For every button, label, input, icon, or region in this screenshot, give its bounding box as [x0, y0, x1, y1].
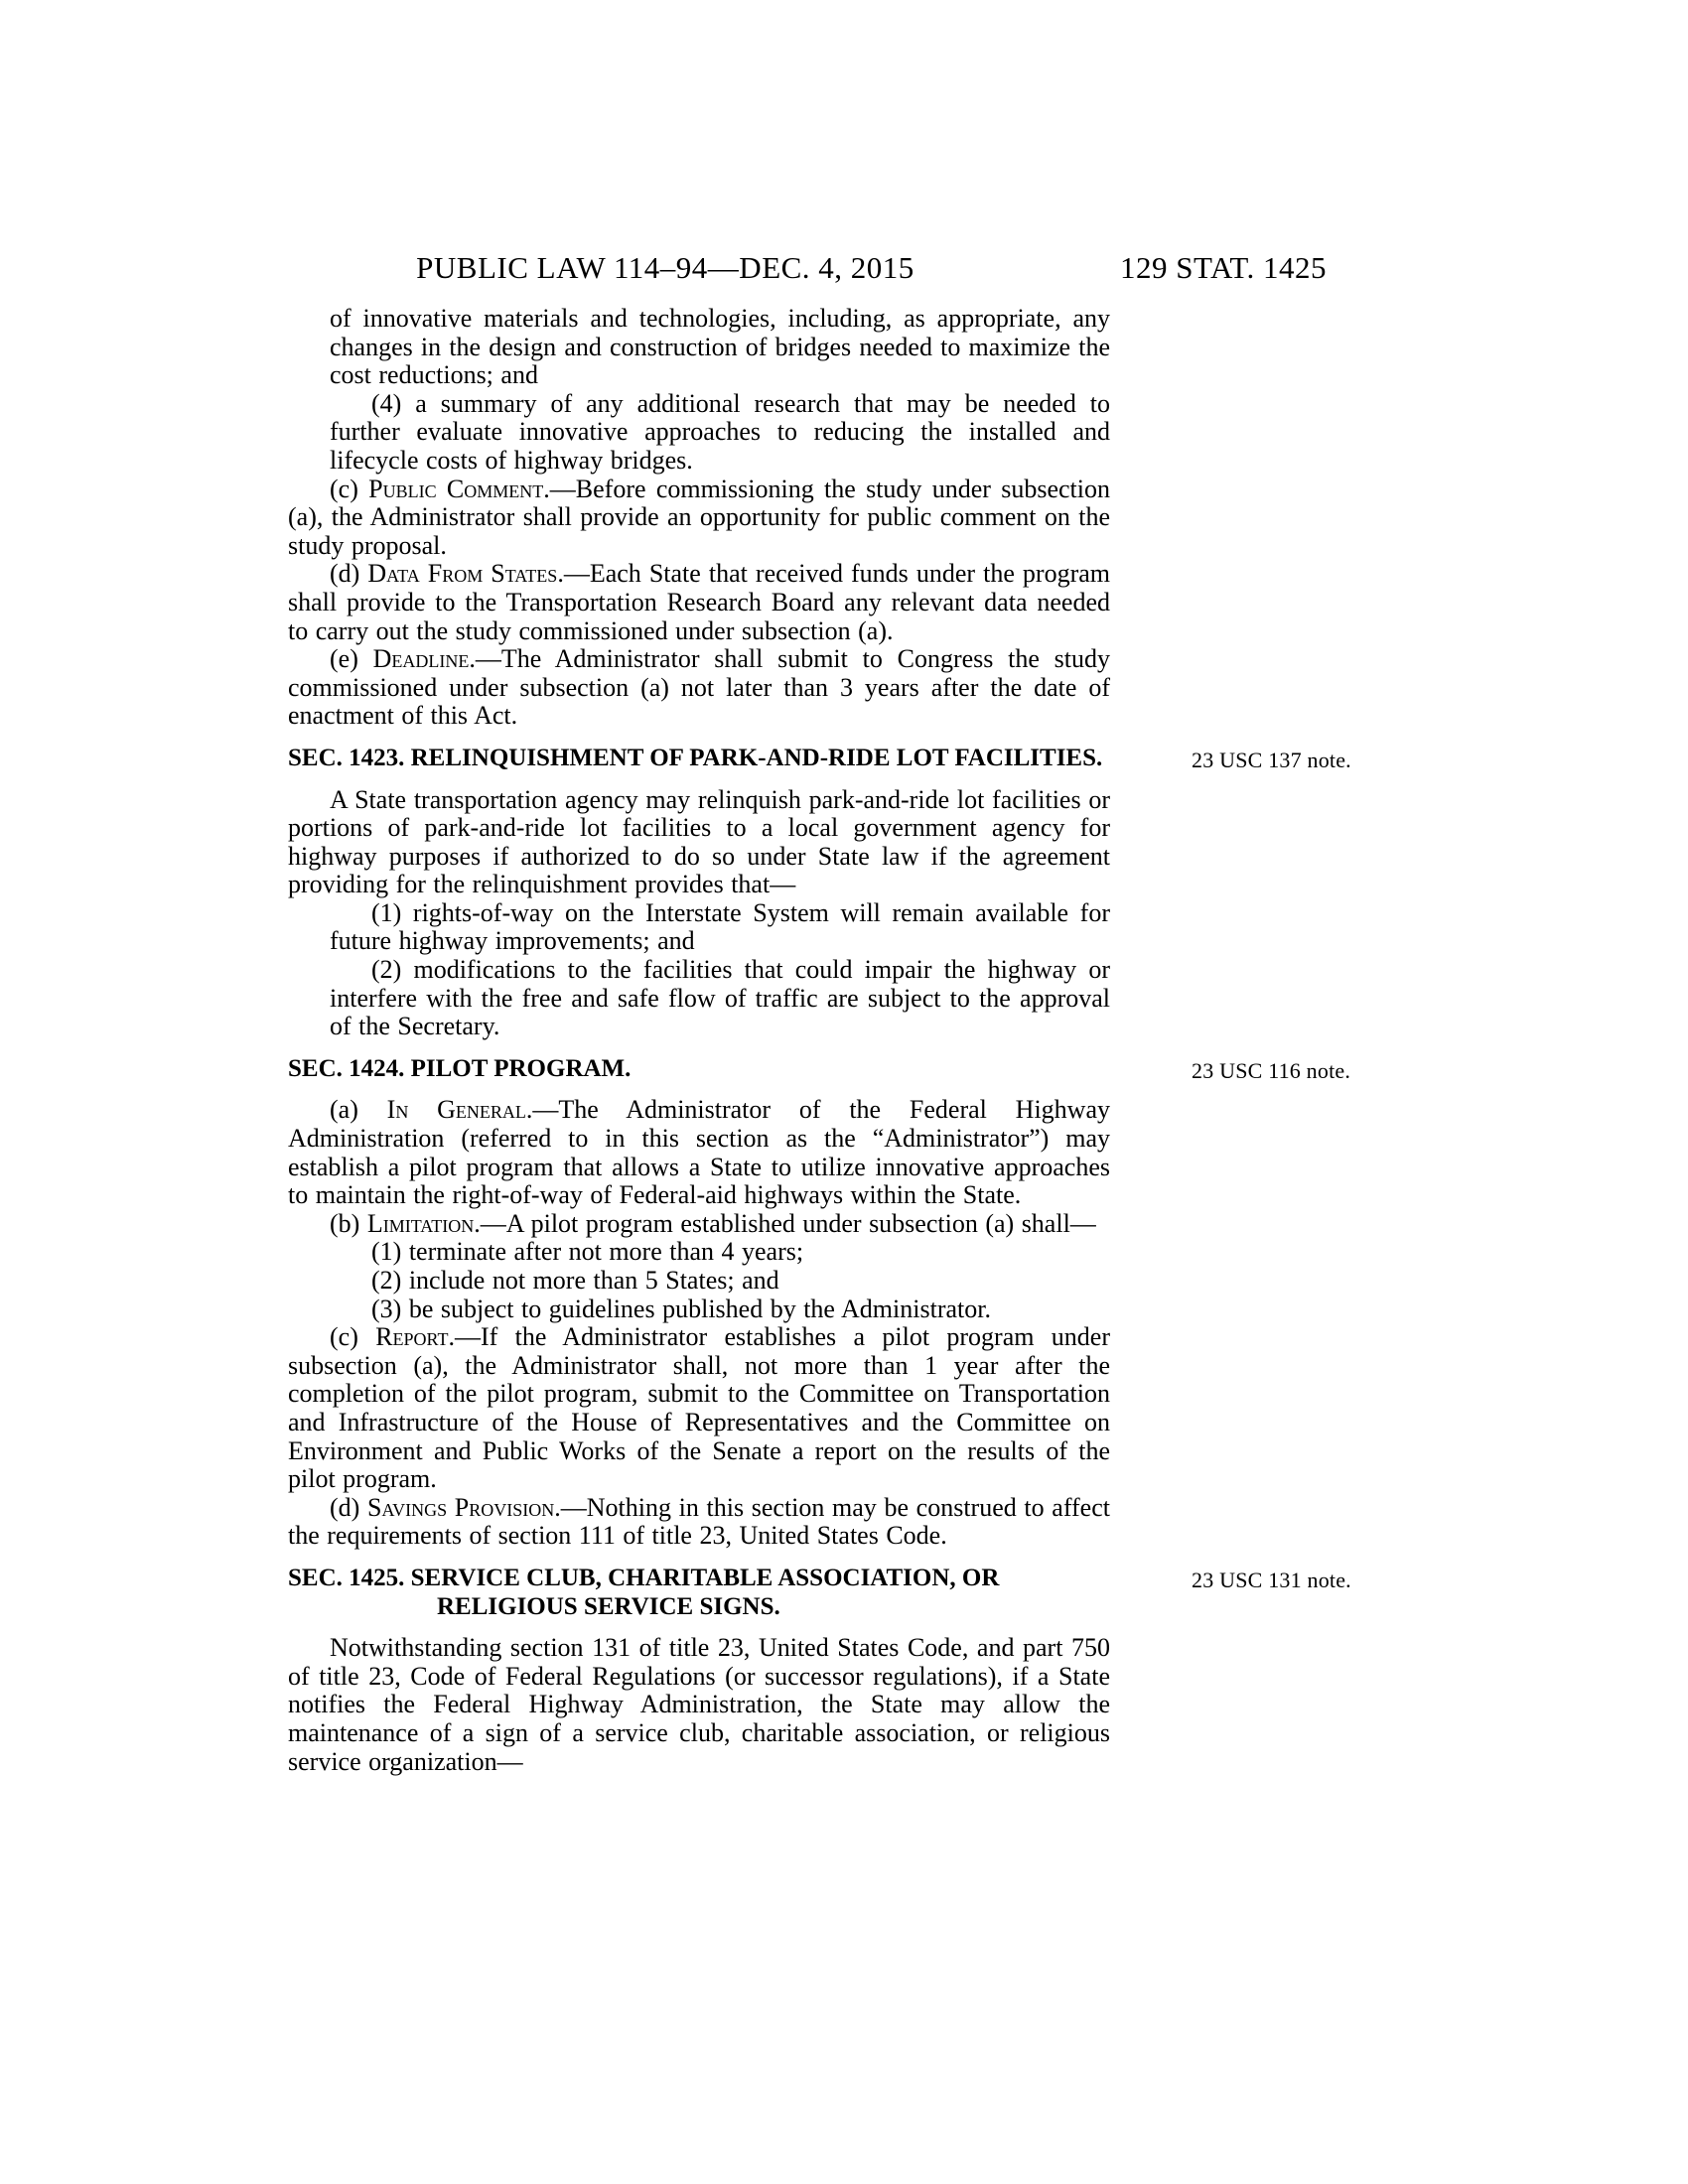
- text-column: of innovative materials and technologies…: [288, 305, 1110, 1776]
- paragraph-clause-4: (4) a summary of any additional research…: [330, 390, 1110, 476]
- statute-page: PUBLIC LAW 114–94—DEC. 4, 2015 129 STAT.…: [0, 0, 1688, 2184]
- section-1423-heading: SEC. 1423. RELINQUISHMENT OF PARK-AND-RI…: [288, 745, 1110, 773]
- subsection-1424-b-limitation: (b) Limitation.—A pilot program establis…: [288, 1210, 1110, 1239]
- margin-note-1423: 23 USC 137 note.: [1192, 747, 1450, 775]
- paragraph-clause3-continuation: of innovative materials and technologies…: [330, 305, 1110, 390]
- subsection-c-public-comment: (c) Public Comment.—Before commissioning…: [288, 476, 1110, 561]
- subsection-term: In General: [387, 1095, 526, 1124]
- law-title: PUBLIC LAW 114–94—DEC. 4, 2015: [288, 250, 1043, 286]
- section-1424-heading-text: SEC. 1424. PILOT PROGRAM.: [288, 1055, 631, 1082]
- subsection-term: Data From States: [367, 559, 557, 588]
- margin-note-1425: 23 USC 131 note.: [1192, 1567, 1450, 1595]
- section-1425-heading: SEC. 1425. SERVICE CLUB, CHARITABLE ASSO…: [288, 1565, 1110, 1621]
- section-1423-clause-2: (2) modifications to the facilities that…: [330, 956, 1110, 1041]
- subsection-term: Deadline: [373, 644, 470, 673]
- section-1424-clause-3: (3) be subject to guidelines published b…: [330, 1296, 1110, 1324]
- subsection-1424-a-in-general: (a) In General.—The Administrator of the…: [288, 1096, 1110, 1209]
- subsection-term: Limitation: [367, 1209, 474, 1238]
- section-1423-heading-text: SEC. 1423. RELINQUISHMENT OF PARK-AND-RI…: [288, 745, 1102, 771]
- running-head: PUBLIC LAW 114–94—DEC. 4, 2015 129 STAT.…: [0, 250, 1688, 290]
- subsection-text: .—A pilot program established under subs…: [474, 1209, 1096, 1238]
- section-1423-clause-1: (1) rights-of-way on the Interstate Syst…: [330, 899, 1110, 956]
- subsection-label: (e): [330, 644, 373, 673]
- subsection-label: (d): [330, 559, 367, 588]
- section-1425-heading-text: SEC. 1425. SERVICE CLUB, CHARITABLE ASSO…: [288, 1565, 999, 1620]
- section-1423-body: A State transportation agency may relinq…: [288, 786, 1110, 899]
- section-1424-clause-1: (1) terminate after not more than 4 year…: [330, 1238, 1110, 1267]
- subsection-label: (d): [330, 1493, 367, 1522]
- section-1425-body: Notwithstanding section 131 of title 23,…: [288, 1634, 1110, 1776]
- subsection-d-data-from-states: (d) Data From States.—Each State that re…: [288, 560, 1110, 645]
- subsection-label: (b): [330, 1209, 367, 1238]
- subsection-label: (c): [330, 475, 368, 503]
- subsection-1424-c-report: (c) Report.—If the Administrator establi…: [288, 1323, 1110, 1494]
- section-1424-clause-2: (2) include not more than 5 States; and: [330, 1267, 1110, 1296]
- subsection-term: Report: [375, 1322, 448, 1351]
- subsection-1424-d-savings-provision: (d) Savings Provision.—Nothing in this s…: [288, 1494, 1110, 1551]
- subsection-e-deadline: (e) Deadline.—The Administrator shall su…: [288, 645, 1110, 731]
- subsection-label: (c): [330, 1322, 375, 1351]
- subsection-term: Savings Provision: [367, 1493, 554, 1522]
- subsection-label: (a): [330, 1095, 387, 1124]
- section-1424-heading: SEC. 1424. PILOT PROGRAM.23 USC 116 note…: [288, 1055, 1110, 1084]
- margin-note-1424: 23 USC 116 note.: [1192, 1057, 1450, 1086]
- subsection-term: Public Comment: [368, 475, 543, 503]
- stat-page-ref: 129 STAT. 1425: [1120, 250, 1327, 286]
